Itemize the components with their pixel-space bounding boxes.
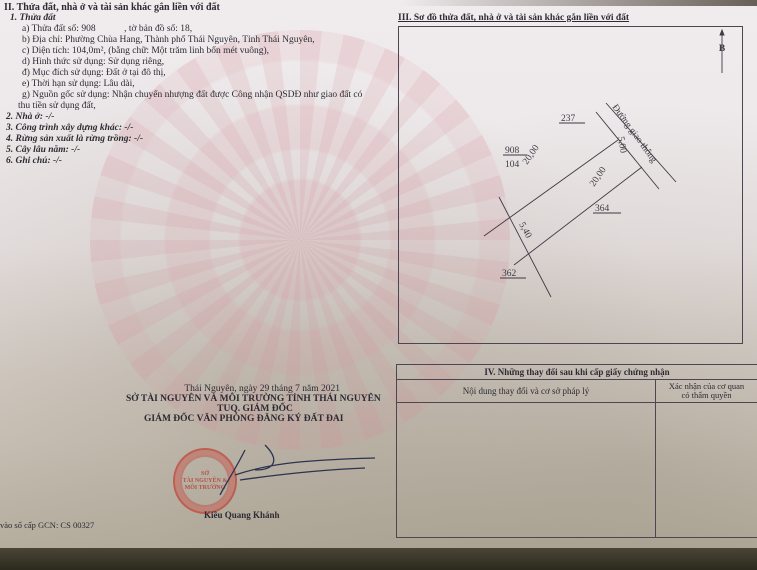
parcel-number: 908 [505,146,520,156]
col2-line2: có thẩm quyền [656,391,757,400]
land-item-purpose: đ) Mục đích sử dụng: Đất ở tại đô thị, [4,68,384,79]
section-land-info: II. Thửa đất, nhà ở và tài sản khác gắn … [4,2,384,167]
land-item-origin: g) Nguồn gốc sử dụng: Nhận chuyển nhượng… [4,90,384,101]
land-item-address: b) Địa chỉ: Phường Chùa Hang, Thành phố … [4,35,384,46]
note-remarks: 6. Ghi chú: -/- [4,156,384,167]
section3-title: III. Sơ đồ thửa đất, nhà ở và tài sản kh… [398,13,629,23]
dim-right: 20,00 [588,165,609,188]
land-item-area: c) Diện tích: 104,0m², (bằng chữ: Một tr… [4,46,384,57]
signature-block: Thái Nguyên, ngày 29 tháng 7 năm 2021 SỞ… [60,384,390,424]
signer-name: Kiều Quang Khánh [204,510,280,520]
col-change-content: Nội dung thay đổi và cơ sở pháp lý [397,380,656,402]
land-item-usage-form: d) Hình thức sử dụng: Sử dụng riêng, [4,57,384,68]
photo-background [0,548,757,570]
signature-icon [205,440,385,500]
photo-shadow [400,0,757,6]
note-house: 2. Nhà ở: -/- [4,112,384,123]
issue-date: Thái Nguyên, ngày 29 tháng 7 năm 2021 [60,384,390,394]
col-authority-confirm: Xác nhận của cơ quan có thẩm quyền [656,380,757,402]
changes-table-body [397,403,757,537]
issuing-org: SỞ TÀI NGUYÊN VÀ MÔI TRƯỜNG TỈNH THÁI NG… [60,394,390,404]
land-item-term: e) Thời hạn sử dụng: Lâu dài, [4,79,384,90]
section2-title: II. Thửa đất, nhà ở và tài sản khác gắn … [4,2,384,13]
parcel-sketch: B 237 908 104 364 362 Đường giao thông 5… [398,26,743,344]
neighbor-364: 364 [595,204,610,214]
note-other-construction: 3. Công trình xây dựng khác: -/- [4,123,384,134]
section4-title: IV. Những thay đổi sau khi cấp giấy chứn… [397,365,757,380]
note-perennial: 5. Cây lâu năm: -/- [4,145,384,156]
dim-left: 20,00 [521,143,542,166]
registry-number: vào sổ cấp GCN: CS 00327 [0,520,94,530]
dim-front: 5,00 [615,136,628,154]
signer-role: GIÁM ĐỐC VĂN PHÒNG ĐĂNG KÝ ĐẤT ĐAI [60,414,390,424]
changes-table: IV. Những thay đổi sau khi cấp giấy chứn… [396,364,757,538]
neighbor-237: 237 [561,114,576,124]
parcel-diagram: B 237 908 104 364 362 Đường giao thông 5… [399,27,742,343]
land-item-origin-cont: thu tiền sử dụng đất, [4,101,384,112]
land-subtitle: 1. Thửa đất [4,13,384,24]
change-content-cell [397,403,656,537]
north-label: B [719,44,726,54]
dim-back: 5,40 [516,221,533,241]
road-label: Đường giao thông [610,103,659,165]
parcel-area: 104 [505,160,520,170]
changes-table-header: Nội dung thay đổi và cơ sở pháp lý Xác n… [397,380,757,403]
note-forest: 4. Rừng sản xuất là rừng trồng: -/- [4,134,384,145]
certificate-page: II. Thửa đất, nhà ở và tài sản khác gắn … [0,0,757,550]
land-item-parcel: a) Thửa đất số: 908 , tờ bản đồ số: 18, [4,24,384,35]
tuq-line: TUQ. GIÁM ĐỐC [60,404,390,414]
neighbor-362: 362 [502,269,517,279]
